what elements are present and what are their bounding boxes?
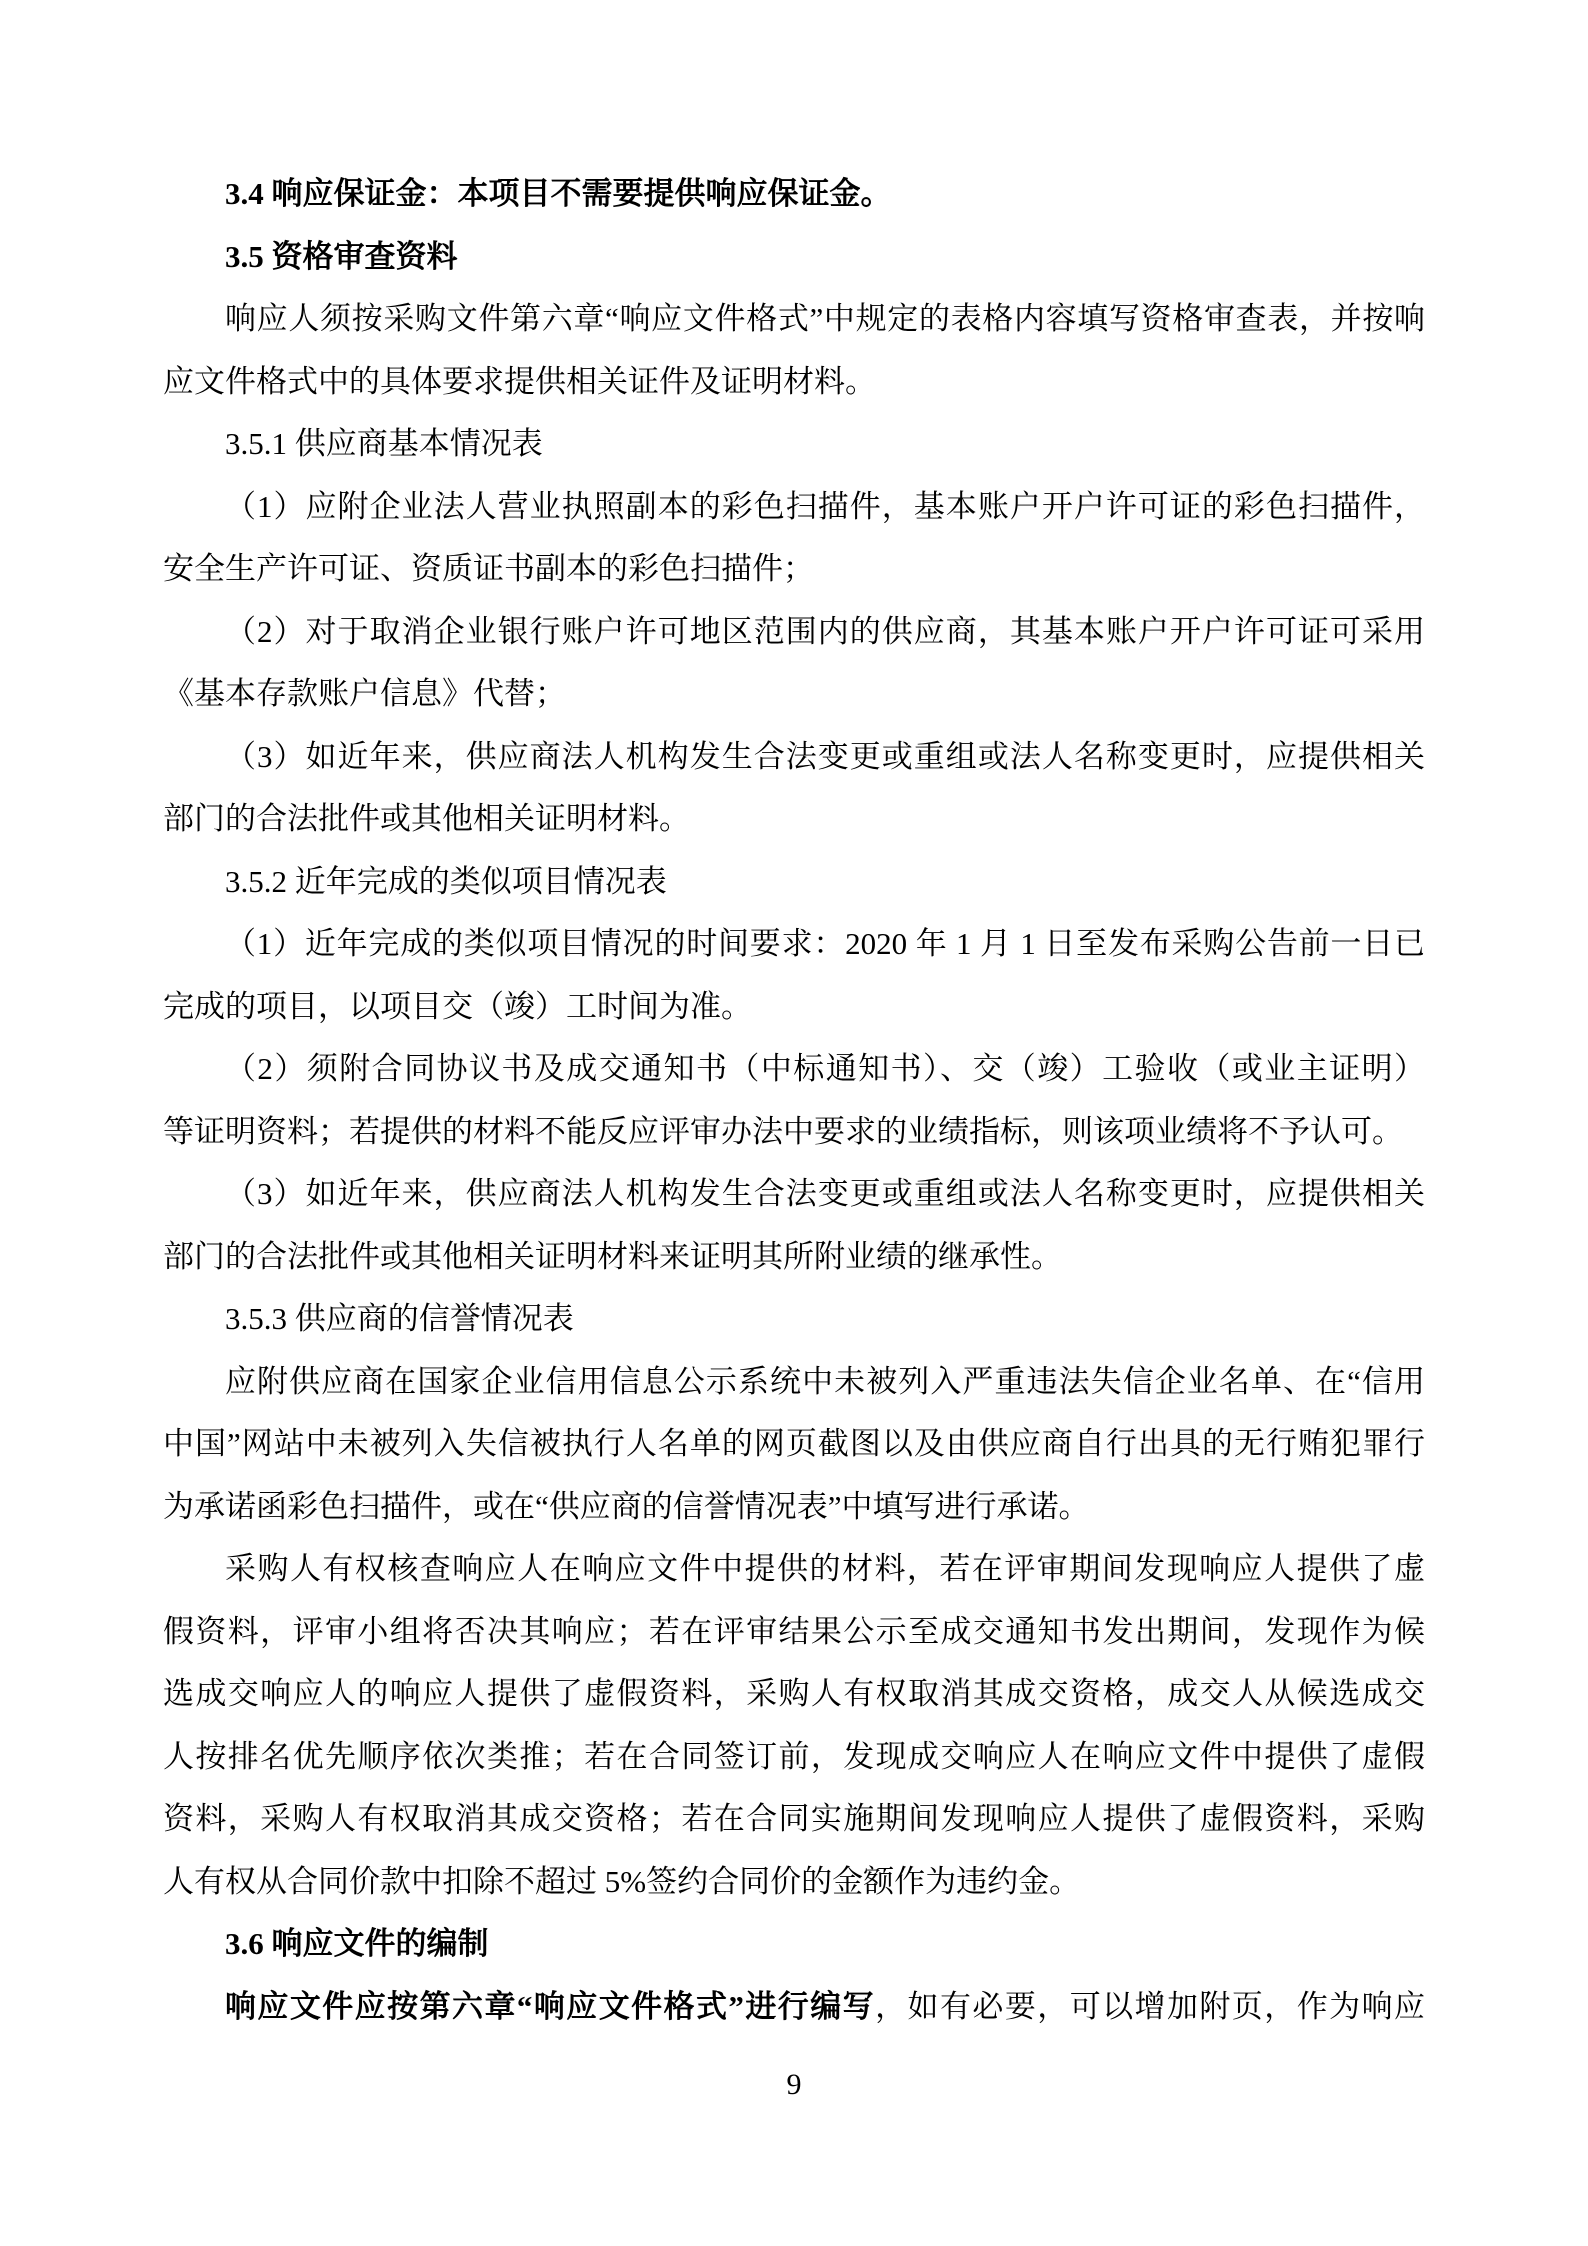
text-run: 安全生产许可证、资质证书副本的彩色扫描件；	[163, 551, 814, 586]
para-3-5-1-item-3-line: （3）如近年来，供应商法人机构发生合法变更或重组或法人名称变更时，应提供相关	[163, 726, 1425, 789]
text-run: （3）如近年来，供应商法人机构发生合法变更或重组或法人名称变更时，应提供相关	[225, 739, 1425, 774]
para-verification-rights-line: 人按排名优先顺序依次类推；若在合同签订前，发现成交响应人在响应文件中提供了虚假	[163, 1726, 1425, 1789]
heading-3-4-line: 3.4 响应保证金：本项目不需要提供响应保证金。	[163, 163, 1425, 226]
text-run: 部门的合法批件或其他相关证明材料来证明其所附业绩的继承性。	[163, 1239, 1062, 1274]
text-run: （2）须附合同协议书及成交通知书（中标通知书）、交（竣）工验收（或业主证明）	[225, 1051, 1425, 1086]
para-3-5-2-item-3-line: 部门的合法批件或其他相关证明材料来证明其所附业绩的继承性。	[163, 1226, 1425, 1289]
text-run: （1）近年完成的类似项目情况的时间要求：2020 年 1 月 1 日至发布采购公…	[225, 926, 1425, 961]
text-run: 假资料，评审小组将否决其响应；若在评审结果公示至成交通知书发出期间，发现作为候	[163, 1614, 1425, 1649]
para-3-5-2-item-2-line: （2）须附合同协议书及成交通知书（中标通知书）、交（竣）工验收（或业主证明）	[163, 1038, 1425, 1101]
para-3-5-2-item-3-line: （3）如近年来，供应商法人机构发生合法变更或重组或法人名称变更时，应提供相关	[163, 1163, 1425, 1226]
para-3-5-3-detail-line: 中国”网站中未被列入失信被执行人名单的网页截图以及由供应商自行出具的无行贿犯罪行	[163, 1413, 1425, 1476]
heading-3-5-3-line: 3.5.3 供应商的信誉情况表	[163, 1288, 1425, 1351]
para-verification-rights-line: 假资料，评审小组将否决其响应；若在评审结果公示至成交通知书发出期间，发现作为候	[163, 1601, 1425, 1664]
text-run: 中国”网站中未被列入失信被执行人名单的网页截图以及由供应商自行出具的无行贿犯罪行	[163, 1426, 1425, 1461]
para-verification-rights-line: 采购人有权核查响应人在响应文件中提供的材料，若在评审期间发现响应人提供了虚	[163, 1538, 1425, 1601]
text-run: 3.5 资格审查资料	[225, 239, 458, 274]
text-run: 响应人须按采购文件第六章“响应文件格式”中规定的表格内容填写资格审查表，并按响	[225, 301, 1425, 336]
para-3-5-2-item-1-line: 完成的项目，以项目交（竣）工时间为准。	[163, 976, 1425, 1039]
text-run: 人按排名优先顺序依次类推；若在合同签订前，发现成交响应人在响应文件中提供了虚假	[163, 1739, 1425, 1774]
text-run: 为承诺函彩色扫描件，或在“供应商的信誉情况表”中填写进行承诺。	[163, 1489, 1090, 1524]
heading-3-5-1-line: 3.5.1 供应商基本情况表	[163, 413, 1425, 476]
text-run: （2）对于取消企业银行账户许可地区范围内的供应商，其基本账户开户许可证可采用	[225, 614, 1425, 649]
text-run: ，如有必要，可以增加附页，作为响应	[875, 1989, 1425, 2024]
text-run: 人有权从合同价款中扣除不超过 5%签约合同价的金额作为违约金。	[163, 1864, 1080, 1899]
text-run: 应附供应商在国家企业信用信息公示系统中未被列入严重违法失信企业名单、在“信用	[225, 1364, 1425, 1399]
heading-3-5-2-line: 3.5.2 近年完成的类似项目情况表	[163, 851, 1425, 914]
heading-3-6-line: 3.6 响应文件的编制	[163, 1913, 1425, 1976]
para-3-5-2-item-1-line: （1）近年完成的类似项目情况的时间要求：2020 年 1 月 1 日至发布采购公…	[163, 913, 1425, 976]
para-3-5-1-item-2-line: （2）对于取消企业银行账户许可地区范围内的供应商，其基本账户开户许可证可采用	[163, 601, 1425, 664]
text-run: 3.6 响应文件的编制	[225, 1926, 489, 1961]
para-verification-rights-line: 人有权从合同价款中扣除不超过 5%签约合同价的金额作为违约金。	[163, 1851, 1425, 1914]
para-qualification-intro-line: 响应人须按采购文件第六章“响应文件格式”中规定的表格内容填写资格审查表，并按响	[163, 288, 1425, 351]
text-run: 采购人有权核查响应人在响应文件中提供的材料，若在评审期间发现响应人提供了虚	[225, 1551, 1425, 1586]
text-run: 响应文件应按第六章“响应文件格式”进行编写	[225, 1989, 875, 2024]
document-body: 3.4 响应保证金：本项目不需要提供响应保证金。3.5 资格审查资料响应人须按采…	[163, 163, 1425, 2038]
text-run: 应文件格式中的具体要求提供相关证件及证明材料。	[163, 364, 876, 399]
text-run: 资料，采购人有权取消其成交资格；若在合同实施期间发现响应人提供了虚假资料，采购	[163, 1801, 1425, 1836]
para-verification-rights-line: 资料，采购人有权取消其成交资格；若在合同实施期间发现响应人提供了虚假资料，采购	[163, 1788, 1425, 1851]
para-3-6-intro-line: 响应文件应按第六章“响应文件格式”进行编写，如有必要，可以增加附页，作为响应	[163, 1976, 1425, 2039]
text-run: （1）应附企业法人营业执照副本的彩色扫描件，基本账户开户许可证的彩色扫描件，	[225, 489, 1425, 524]
text-run: 3.5.2 近年完成的类似项目情况表	[225, 864, 667, 899]
para-verification-rights-line: 选成交响应人的响应人提供了虚假资料，采购人有权取消其成交资格，成交人从候选成交	[163, 1663, 1425, 1726]
para-3-5-3-detail-line: 应附供应商在国家企业信用信息公示系统中未被列入严重违法失信企业名单、在“信用	[163, 1351, 1425, 1414]
text-run: 部门的合法批件或其他相关证明材料。	[163, 801, 690, 836]
text-run: 3.4 响应保证金：本项目不需要提供响应保证金。	[225, 176, 892, 211]
text-run: 选成交响应人的响应人提供了虚假资料，采购人有权取消其成交资格，成交人从候选成交	[163, 1676, 1425, 1711]
text-run: 《基本存款账户信息》代替；	[163, 676, 566, 711]
page-number: 9	[0, 2070, 1588, 2100]
document-page: 3.4 响应保证金：本项目不需要提供响应保证金。3.5 资格审查资料响应人须按采…	[0, 0, 1588, 2246]
text-run: 完成的项目，以项目交（竣）工时间为准。	[163, 989, 752, 1024]
para-3-5-1-item-1-line: 安全生产许可证、资质证书副本的彩色扫描件；	[163, 538, 1425, 601]
text-run: （3）如近年来，供应商法人机构发生合法变更或重组或法人名称变更时，应提供相关	[225, 1176, 1425, 1211]
para-qualification-intro-line: 应文件格式中的具体要求提供相关证件及证明材料。	[163, 351, 1425, 414]
text-run: 3.5.3 供应商的信誉情况表	[225, 1301, 574, 1336]
para-3-5-1-item-3-line: 部门的合法批件或其他相关证明材料。	[163, 788, 1425, 851]
heading-3-5-line: 3.5 资格审查资料	[163, 226, 1425, 289]
para-3-5-1-item-2-line: 《基本存款账户信息》代替；	[163, 663, 1425, 726]
text-run: 3.5.1 供应商基本情况表	[225, 426, 543, 461]
para-3-5-3-detail-line: 为承诺函彩色扫描件，或在“供应商的信誉情况表”中填写进行承诺。	[163, 1476, 1425, 1539]
para-3-5-1-item-1-line: （1）应附企业法人营业执照副本的彩色扫描件，基本账户开户许可证的彩色扫描件，	[163, 476, 1425, 539]
text-run: 等证明资料；若提供的材料不能反应评审办法中要求的业绩指标，则该项业绩将不予认可。	[163, 1114, 1403, 1149]
para-3-5-2-item-2-line: 等证明资料；若提供的材料不能反应评审办法中要求的业绩指标，则该项业绩将不予认可。	[163, 1101, 1425, 1164]
